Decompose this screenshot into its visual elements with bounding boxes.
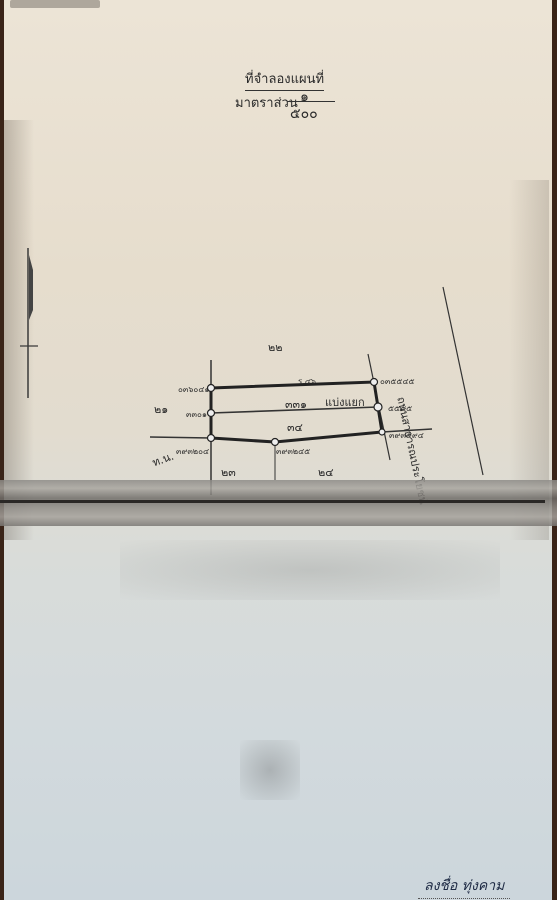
north-arrow-head — [29, 255, 33, 320]
boundary-marker — [208, 435, 215, 442]
paper-fold-line — [0, 500, 545, 503]
neighbor-south-right-label: ๒๔ — [318, 463, 334, 481]
neighbor-south-left-label: ๒๓ — [221, 463, 236, 481]
parcel-id-label: ๓๔ — [287, 418, 303, 436]
boundary-marker — [208, 410, 215, 417]
marker-label: ๓๙๓๒๐๔ — [176, 445, 209, 458]
parcel-note-label: แบ่งแยก — [325, 393, 365, 411]
marker-label: ๓๙๓๒๔๕ — [276, 445, 310, 458]
paper-fold-crease — [0, 480, 557, 526]
neighbor-west-label: ๒๑ — [154, 400, 168, 418]
parcel-id-label: ๓๓๑ — [285, 395, 307, 413]
neighbor-north-label: ๒๒ — [268, 338, 283, 356]
boundary-marker — [374, 403, 382, 411]
marker-label: ๐๓๕๕๔๕ — [380, 375, 415, 388]
marker-label: ๓๓๐๑ — [186, 408, 207, 421]
road-edge-line — [443, 287, 483, 475]
signature: ลงชื่อ ทุ่งคาม — [418, 875, 510, 899]
marker-label: ๐๓๖๐๔๑ — [178, 383, 209, 396]
boundary-marker — [379, 429, 385, 435]
boundary-marker — [371, 379, 378, 386]
top-edge-label: ร.๔๖ — [298, 375, 316, 388]
